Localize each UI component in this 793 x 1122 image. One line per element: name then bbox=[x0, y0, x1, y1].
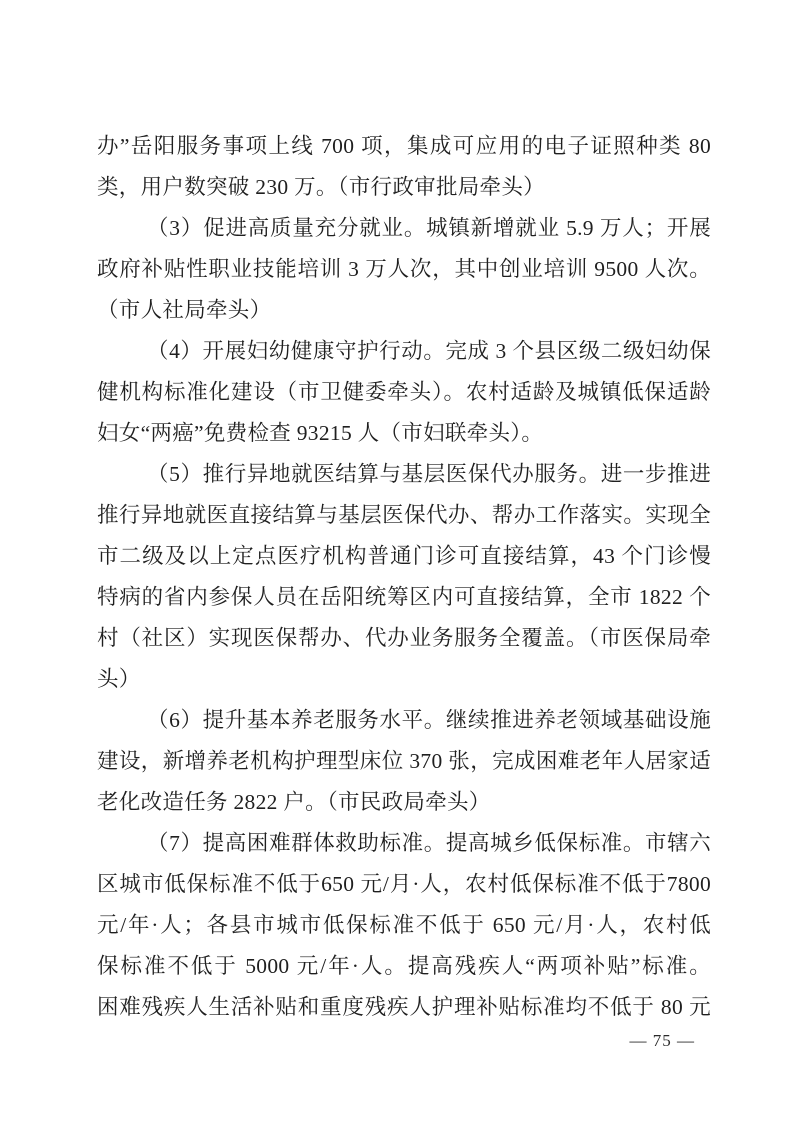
text-line: 健机构标准化建设（市卫健委牵头）。农村适龄及城镇低保适龄 bbox=[97, 372, 711, 413]
text-line: 困难残疾人生活补贴和重度残疾人护理补贴标准均不低于 80 元 bbox=[97, 987, 711, 1028]
text-line: （3）促进高质量充分就业。城镇新增就业 5.9 万人；开展 bbox=[97, 208, 711, 249]
text-line: 推行异地就医直接结算与基层医保代办、帮办工作落实。实现全 bbox=[97, 495, 711, 536]
text-line: （4）开展妇幼健康守护行动。完成 3 个县区级二级妇幼保 bbox=[97, 331, 711, 372]
text-line: （5）推行异地就医结算与基层医保代办服务。进一步推进 bbox=[97, 454, 711, 495]
text-line: 元/年·人；各县市城市低保标准不低于 650 元/月·人，农村低 bbox=[97, 905, 711, 946]
page-number: — 75 — bbox=[630, 1030, 696, 1052]
text-line: 类，用户数突破 230 万。（市行政审批局牵头） bbox=[97, 167, 711, 208]
text-line: 保标准不低于 5000 元/年·人。提高残疾人“两项补贴”标准。 bbox=[97, 946, 711, 987]
text-line: 老化改造任务 2822 户。（市民政局牵头） bbox=[97, 782, 711, 823]
document-page: 办”岳阳服务事项上线 700 项，集成可应用的电子证照种类 80类，用户数突破 … bbox=[0, 0, 793, 1122]
text-line: 村（社区）实现医保帮办、代办业务服务全覆盖。（市医保局牵 bbox=[97, 618, 711, 659]
text-line: 建设，新增养老机构护理型床位 370 张，完成困难老年人居家适 bbox=[97, 741, 711, 782]
text-line: 特病的省内参保人员在岳阳统筹区内可直接结算，全市 1822 个 bbox=[97, 577, 711, 618]
document-body: 办”岳阳服务事项上线 700 项，集成可应用的电子证照种类 80类，用户数突破 … bbox=[97, 126, 711, 1028]
text-line: （市人社局牵头） bbox=[97, 290, 711, 331]
text-line: 区城市低保标准不低于650 元/月·人，农村低保标准不低于7800 bbox=[97, 864, 711, 905]
text-line: 头） bbox=[97, 659, 711, 700]
text-line: （7）提高困难群体救助标准。提高城乡低保标准。市辖六 bbox=[97, 823, 711, 864]
text-line: 妇女“两癌”免费检查 93215 人（市妇联牵头）。 bbox=[97, 413, 711, 454]
page-number-text: — 75 — bbox=[630, 1031, 696, 1050]
text-line: 政府补贴性职业技能培训 3 万人次，其中创业培训 9500 人次。 bbox=[97, 249, 711, 290]
text-line: 市二级及以上定点医疗机构普通门诊可直接结算，43 个门诊慢 bbox=[97, 536, 711, 577]
text-line: （6）提升基本养老服务水平。继续推进养老领域基础设施 bbox=[97, 700, 711, 741]
text-line: 办”岳阳服务事项上线 700 项，集成可应用的电子证照种类 80 bbox=[97, 126, 711, 167]
